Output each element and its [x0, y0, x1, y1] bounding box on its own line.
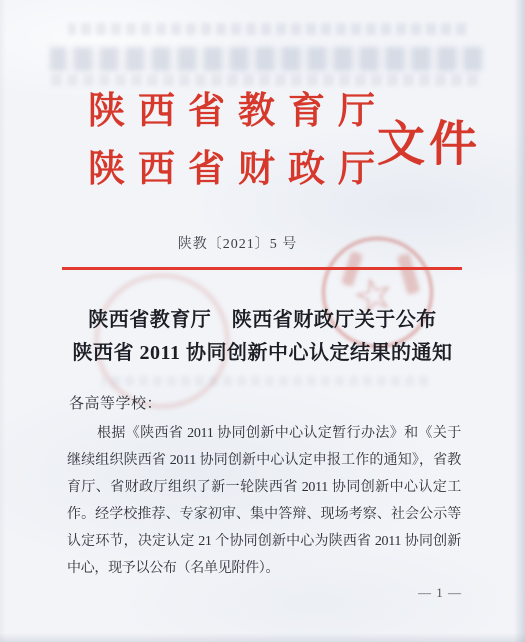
seal-character-mark	[397, 253, 421, 295]
red-divider-line	[62, 267, 462, 270]
bleedthrough-text-row	[48, 74, 478, 86]
bleedthrough-headline-row	[50, 47, 482, 71]
agency-name-line-1: 陕西省教育厅	[88, 92, 388, 132]
agency-name-line-2: 陕西省财政厅	[88, 150, 388, 190]
bleedthrough-text-row	[102, 376, 428, 386]
bleedthrough-text-row	[68, 23, 466, 35]
body-paragraph-line: 作。经学校推荐、专家初审、集中答辩、现场考察、社会公示等	[67, 503, 461, 523]
document-type-label: 文件	[377, 120, 481, 170]
page-number: — 1 —	[408, 585, 472, 601]
document-number: 陕教〔2021〕5 号	[105, 233, 370, 253]
body-paragraph-line: 认定环节，决定认定 21 个协同创新中心为陕西省 2011 协同创新	[67, 530, 461, 550]
body-paragraph-line: 继续组织陕西省 2011 协同创新中心认定申报工作的通知》，省教	[67, 449, 461, 469]
document-title-line-2: 陕西省 2011 协同创新中心认定结果的通知	[0, 336, 525, 365]
body-paragraph-line: 育厅、省财政厅组织了新一轮陕西省 2011 协同创新中心认定工	[67, 476, 461, 496]
document-title-line-1: 陕西省教育厅 陕西省财政厅关于公布	[0, 303, 525, 332]
body-paragraph-line: 根据《陕西省 2011 协同创新中心认定暂行办法》和《关于	[67, 422, 461, 442]
scanned-official-document-page: ☆ 陕西省教育厅 陕西省财政厅 文件 陕教〔2021〕5 号 陕西省教育厅 陕西…	[0, 0, 525, 642]
body-paragraph-line: 中心，现予以公布（名单见附件）。	[67, 557, 461, 577]
salutation: 各高等学校：	[69, 392, 162, 413]
